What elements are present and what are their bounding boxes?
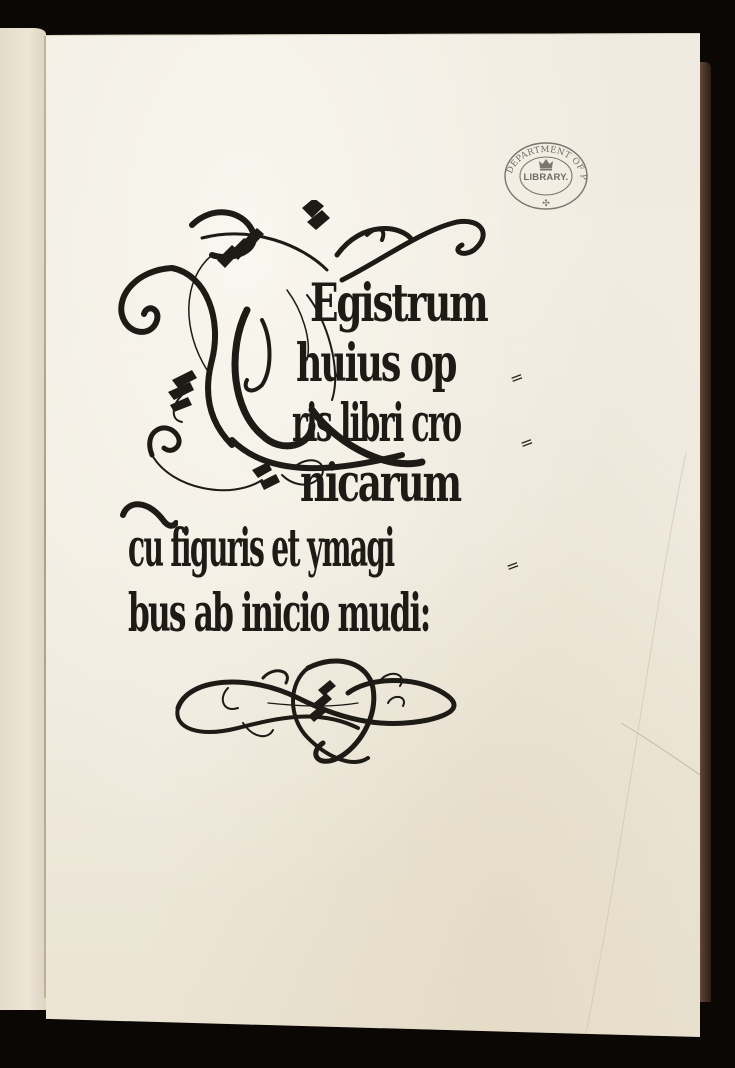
- stamp-library-label: LIBRARY.: [523, 172, 569, 183]
- gutter-fold: [44, 36, 46, 998]
- left-page-edge: [0, 28, 46, 1010]
- title-line-6: bus ab inicio mudi:: [128, 588, 429, 640]
- line-swash-icon: [118, 495, 178, 535]
- title-line-3: ris libri cro: [292, 398, 460, 450]
- title-line-1: Egistrum: [310, 278, 487, 330]
- stamp-separator-icon: ✣: [542, 199, 550, 209]
- title-line-2: huius op: [296, 338, 455, 390]
- bottom-flourish-icon: [168, 648, 468, 783]
- crown-icon: [539, 159, 553, 171]
- title-line-4: nicarum: [300, 458, 460, 510]
